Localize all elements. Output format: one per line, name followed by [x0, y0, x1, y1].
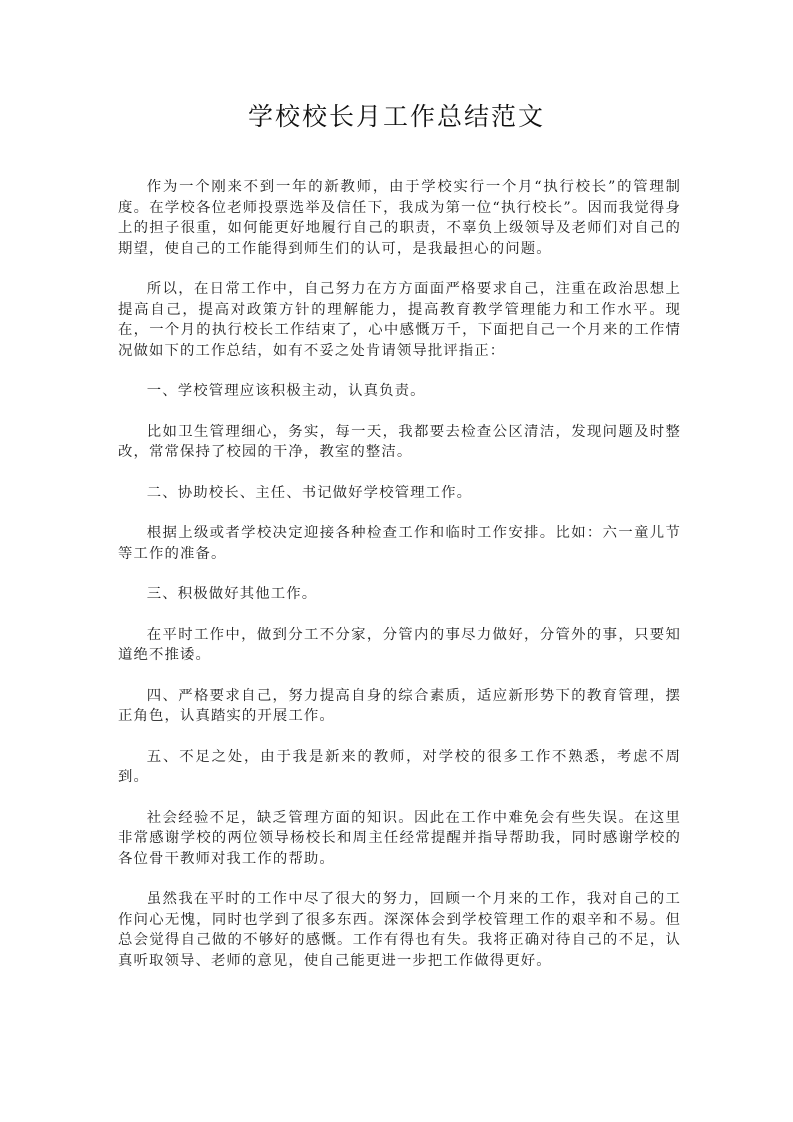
- section-heading-1: 一、学校管理应该积极主动，认真负责。: [118, 381, 681, 402]
- document-title: 学校校长月工作总结范文: [0, 101, 793, 133]
- paragraph-conclusion: 虽然我在平时的工作中尽了很大的努力，回顾一个月来的工作，我对自己的工作问心无愧，…: [118, 889, 681, 971]
- document-body: 作为一个刚来不到一年的新教师，由于学校实行一个月“执行校长”的管理制度。在学校各…: [118, 177, 681, 991]
- section-heading-5: 五、不足之处，由于我是新来的教师，对学校的很多工作不熟悉，考虑不周到。: [118, 747, 681, 788]
- document-page: 学校校长月工作总结范文 作为一个刚来不到一年的新教师，由于学校实行一个月“执行校…: [0, 0, 793, 1122]
- section-heading-2: 二、协助校长、主任、书记做好学校管理工作。: [118, 483, 681, 504]
- section-heading-4: 四、严格要求自己，努力提高自身的综合素质，适应新形势下的教育管理，摆正角色，认真…: [118, 686, 681, 727]
- paragraph-section-2: 根据上级或者学校决定迎接各种检查工作和临时工作安排。比如：六一童儿节等工作的准备…: [118, 523, 681, 564]
- paragraph-intro: 作为一个刚来不到一年的新教师，由于学校实行一个月“执行校长”的管理制度。在学校各…: [118, 177, 681, 259]
- paragraph-section-3: 在平时工作中，做到分工不分家，分管内的事尽力做好，分管外的事，只要知道绝不推诿。: [118, 625, 681, 666]
- section-heading-3: 三、积极做好其他工作。: [118, 584, 681, 605]
- paragraph-context: 所以，在日常工作中，自己努力在方方面面严格要求自己，注重在政治思想上提高自己，提…: [118, 279, 681, 361]
- paragraph-section-1: 比如卫生管理细心，务实，每一天，我都要去检查公区清洁，发现问题及时整改，常常保持…: [118, 422, 681, 463]
- paragraph-section-5: 社会经验不足，缺乏管理方面的知识。因此在工作中难免会有些失误。在这里非常感谢学校…: [118, 808, 681, 870]
